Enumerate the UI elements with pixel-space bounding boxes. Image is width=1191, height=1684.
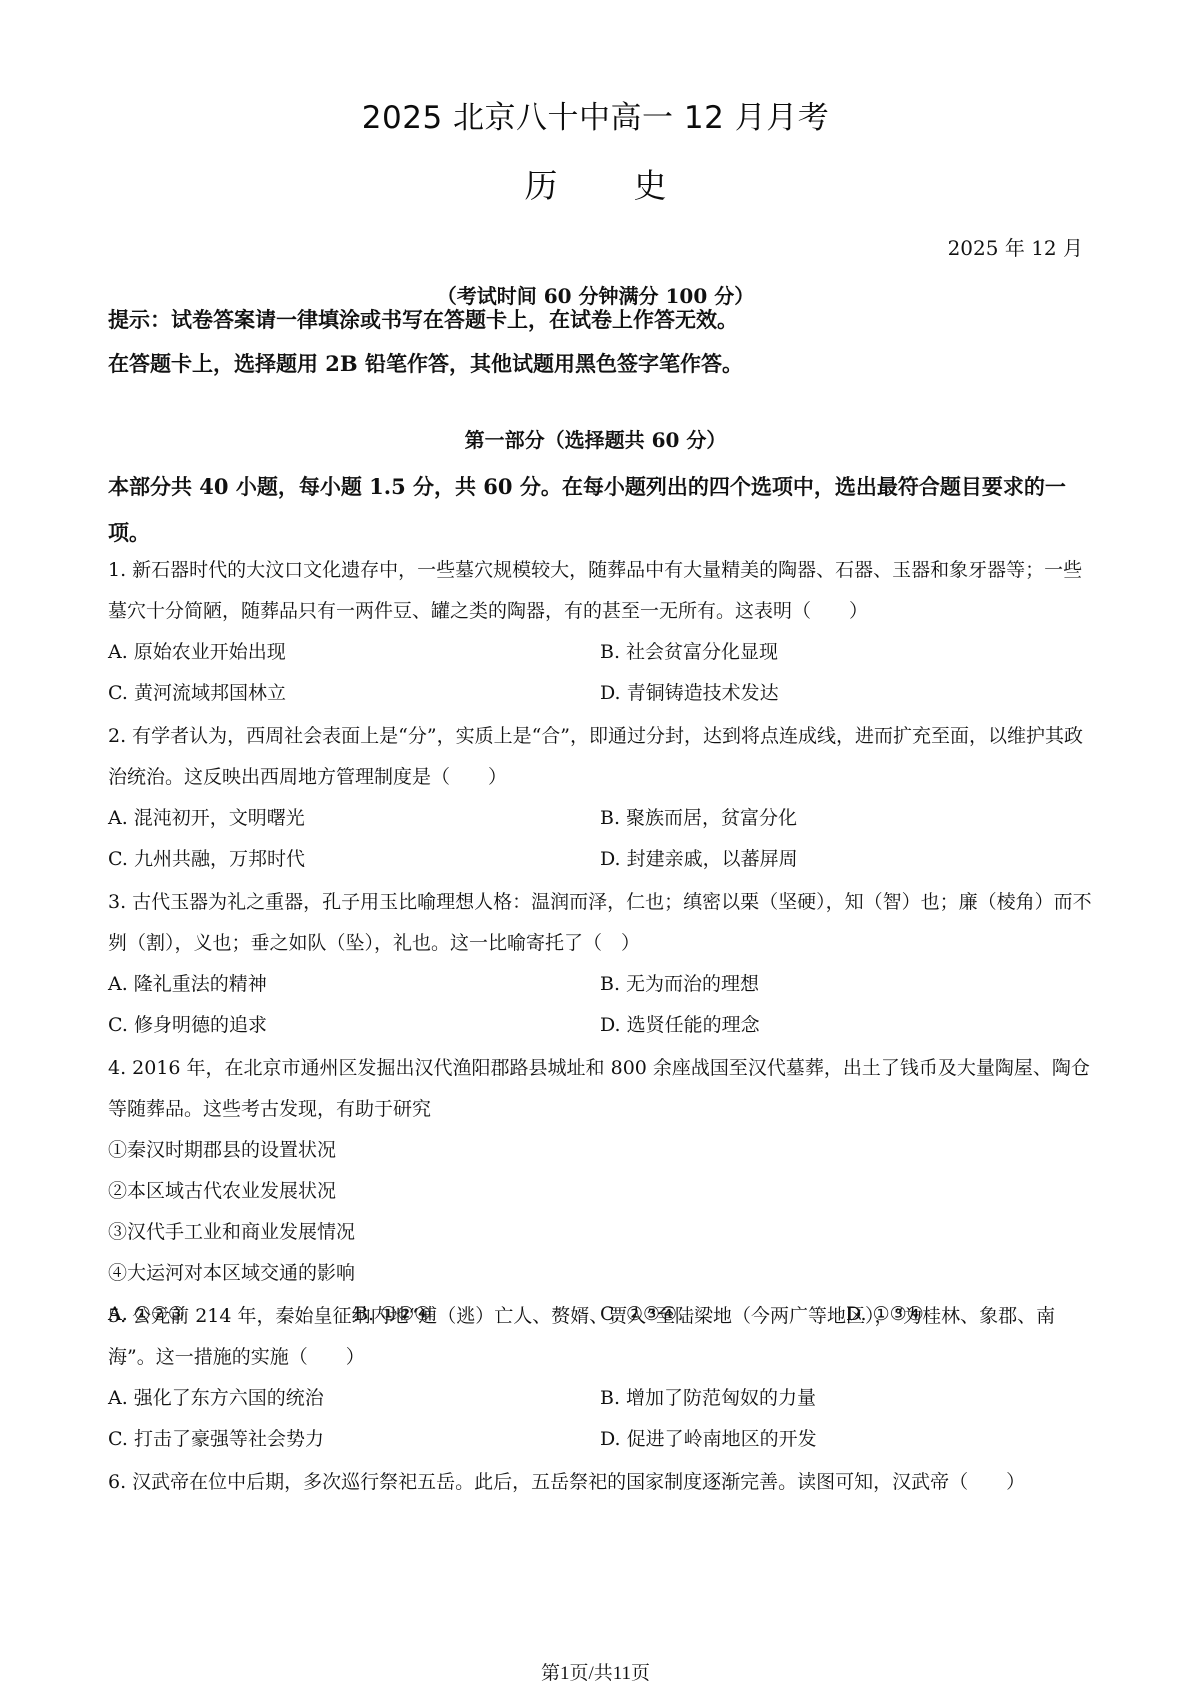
question-1: 1. 新石器时代的大汶口文化遗存中，一些墓穴规模较大，随葬品中有大量精美的陶器、… xyxy=(108,550,1098,714)
statement-item: ②本区域古代农业发展状况 xyxy=(108,1171,1098,1212)
exam-date: 2025 年 12 月 xyxy=(948,232,1083,261)
option-list: A. 原始农业开始出现 B. 社会贫富分化显现 C. 黄河流域邦国林立 D. 青… xyxy=(108,632,1098,714)
option-b: B. 增加了防范匈奴的力量 xyxy=(600,1378,1092,1419)
option-b: B. 社会贫富分化显现 xyxy=(600,632,1092,673)
option-c: C. 打击了豪强等社会势力 xyxy=(108,1419,600,1460)
option-list: A. 强化了东方六国的统治 B. 增加了防范匈奴的力量 C. 打击了豪强等社会势… xyxy=(108,1378,1098,1460)
option-list: A. 隆礼重法的精神 B. 无为而治的理想 C. 修身明德的追求 D. 选贤任能… xyxy=(108,964,1098,1046)
option-list: A. 混沌初开，文明曙光 B. 聚族而居，贫富分化 C. 九州共融，万邦时代 D… xyxy=(108,798,1098,880)
part-title: 第一部分（选择题共 60 分） xyxy=(0,424,1191,453)
question-3: 3. 古代玉器为礼之重器，孔子用玉比喻理想人格：温润而泽，仁也；缜密以栗（坚硬）… xyxy=(108,882,1098,1046)
option-a: A. 混沌初开，文明曙光 xyxy=(108,798,600,839)
subject-heading: 历史 xyxy=(0,160,1191,207)
option-d: D. 青铜铸造技术发达 xyxy=(600,673,1092,714)
question-stem: 6. 汉武帝在位中后期，多次巡行祭祀五岳。此后，五岳祭祀的国家制度逐渐完善。读图… xyxy=(108,1462,1098,1503)
option-d: D. 促进了岭南地区的开发 xyxy=(600,1419,1092,1460)
question-stem: 4. 2016 年，在北京市通州区发掘出汉代渔阳郡路县城址和 800 余座战国至… xyxy=(108,1048,1098,1130)
option-d: D. 封建亲戚，以蕃屏周 xyxy=(600,839,1092,880)
option-d: D. 选贤任能的理念 xyxy=(600,1005,1092,1046)
option-c: C. 修身明德的追求 xyxy=(108,1005,600,1046)
subject-char: 史 xyxy=(634,160,667,207)
question-5: 5. 公元前 214 年，秦始皇征纳内地“逋（逃）亡人、赘婿、贾人”至陆梁地（今… xyxy=(108,1296,1098,1460)
statement-item: ①秦汉时期郡县的设置状况 xyxy=(108,1130,1098,1171)
page-number: 第1页/共11页 xyxy=(0,1658,1191,1684)
question-2: 2. 有学者认为，西周社会表面上是“分”，实质上是“合”，即通过分封，达到将点连… xyxy=(108,716,1098,880)
option-c: C. 黄河流域邦国林立 xyxy=(108,673,600,714)
option-a: A. 强化了东方六国的统治 xyxy=(108,1378,600,1419)
question-stem: 1. 新石器时代的大汶口文化遗存中，一些墓穴规模较大，随葬品中有大量精美的陶器、… xyxy=(108,550,1098,632)
question-4: 4. 2016 年，在北京市通州区发掘出汉代渔阳郡路县城址和 800 余座战国至… xyxy=(108,1048,1098,1335)
option-b: B. 聚族而居，贫富分化 xyxy=(600,798,1092,839)
part-instruction: 本部分共 40 小题，每小题 1.5 分，共 60 分。在每小题列出的四个选项中… xyxy=(108,464,1098,556)
option-c: C. 九州共融，万邦时代 xyxy=(108,839,600,880)
option-b: B. 无为而治的理想 xyxy=(600,964,1092,1005)
question-stem: 3. 古代玉器为礼之重器，孔子用玉比喻理想人格：温润而泽，仁也；缜密以栗（坚硬）… xyxy=(108,882,1098,964)
subject-char: 历 xyxy=(525,160,558,207)
tip-line: 在答题卡上，选择题用 2B 铅笔作答，其他试题用黑色签字笔作答。 xyxy=(108,348,743,378)
tip-line: 提示：试卷答案请一律填涂或书写在答题卡上，在试卷上作答无效。 xyxy=(108,304,738,334)
question-6: 6. 汉武帝在位中后期，多次巡行祭祀五岳。此后，五岳祭祀的国家制度逐渐完善。读图… xyxy=(108,1462,1098,1503)
exam-title: 2025 北京八十中高一 12 月月考 xyxy=(0,92,1191,137)
statement-item: ③汉代手工业和商业发展情况 xyxy=(108,1212,1098,1253)
question-stem: 2. 有学者认为，西周社会表面上是“分”，实质上是“合”，即通过分封，达到将点连… xyxy=(108,716,1098,798)
exam-page: 2025 北京八十中高一 12 月月考 历史 2025 年 12 月 （考试时间… xyxy=(0,0,1191,1684)
statement-item: ④大运河对本区域交通的影响 xyxy=(108,1253,1098,1294)
question-stem: 5. 公元前 214 年，秦始皇征纳内地“逋（逃）亡人、赘婿、贾人”至陆梁地（今… xyxy=(108,1296,1098,1378)
option-a: A. 原始农业开始出现 xyxy=(108,632,600,673)
option-a: A. 隆礼重法的精神 xyxy=(108,964,600,1005)
